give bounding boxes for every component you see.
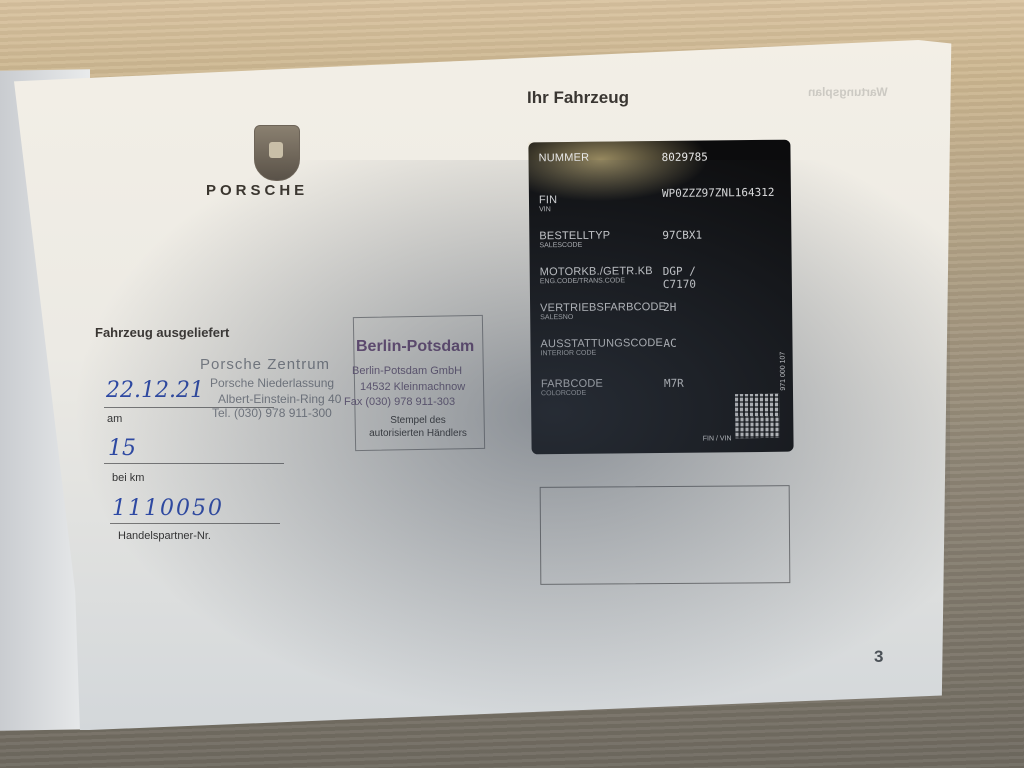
label-subkey: VIN bbox=[539, 206, 557, 213]
label-subkey: INTERIOR CODE bbox=[541, 349, 664, 357]
qr-caption: FIN / VIN bbox=[703, 435, 732, 442]
faint-dealer-line-4: Tel. (030) 978 911-300 bbox=[212, 406, 332, 420]
delivery-date-handwritten: 22.12.21 bbox=[106, 378, 204, 403]
faint-dealer-line-2: Porsche Niederlassung bbox=[210, 376, 334, 390]
stamp-label-line2: autorisierten Händlers bbox=[358, 428, 478, 439]
label-row: VERTRIEBSFARBCODESALESNO2H bbox=[540, 301, 666, 321]
label-row: NUMMER8029785 bbox=[538, 152, 589, 165]
show-through-heading: Wartungsplan bbox=[808, 85, 888, 99]
label-value: DGP / C7170 bbox=[663, 265, 696, 291]
label-subkey: SALESNO bbox=[540, 313, 666, 321]
label-row: BESTELLTYPSALESCODE97CBX1 bbox=[539, 230, 610, 250]
stamp-fax: Fax (030) 978 911-303 bbox=[344, 396, 455, 408]
stamp-city: 14532 Kleinmachnow bbox=[360, 381, 465, 393]
km-label: bei km bbox=[112, 472, 144, 484]
label-value: AC bbox=[663, 337, 676, 350]
label-row: MOTORKB./GETR.KBENG.CODE/TRANS.CODEDGP /… bbox=[540, 265, 653, 285]
partner-label: Handelspartner-Nr. bbox=[118, 530, 211, 542]
label-key: FIN bbox=[539, 194, 557, 206]
stamp-label-line1: Stempel des bbox=[358, 415, 478, 426]
page-title: Ihr Fahrzeug bbox=[527, 88, 629, 108]
label-row: AUSSTATTUNGSCODEINTERIOR CODEAC bbox=[540, 337, 663, 357]
page-number: 3 bbox=[874, 647, 883, 667]
label-subkey: ENG.CODE/TRANS.CODE bbox=[540, 277, 653, 285]
faint-dealer-line-1: Porsche Zentrum bbox=[200, 356, 330, 373]
faint-dealer-line-3: Albert-Einstein-Ring 40 bbox=[218, 392, 341, 406]
label-key: BESTELLTYP bbox=[539, 230, 610, 243]
date-line bbox=[104, 407, 274, 408]
label-key: NUMMER bbox=[538, 152, 589, 165]
label-row: FINVINWP0ZZZ97ZNL164312 bbox=[539, 194, 558, 213]
label-value: 2H bbox=[663, 301, 676, 314]
label-value: M7R bbox=[664, 377, 684, 390]
label-value: 97CBX1 bbox=[662, 229, 702, 242]
delivery-heading: Fahrzeug ausgeliefert bbox=[95, 325, 229, 340]
label-value: WP0ZZZ97ZNL164312 bbox=[662, 186, 775, 200]
porsche-crest-icon bbox=[254, 125, 300, 181]
vehicle-data-label: NUMMER8029785FINVINWP0ZZZ97ZNL164312BEST… bbox=[528, 140, 793, 455]
date-label: am bbox=[107, 413, 122, 425]
km-handwritten: 15 bbox=[108, 436, 136, 461]
brand-wordmark: PORSCHE bbox=[206, 182, 308, 199]
partner-number-handwritten: 1110050 bbox=[112, 496, 224, 521]
stamp-company: Berlin-Potsdam GmbH bbox=[352, 365, 462, 377]
label-key: FARBCODE bbox=[541, 378, 603, 391]
km-line bbox=[104, 463, 284, 464]
label-row: FARBCODECOLORCODEM7R bbox=[541, 378, 603, 398]
label-subkey: SALESCODE bbox=[539, 242, 610, 250]
label-value: 8029785 bbox=[661, 151, 707, 164]
label-part-number: 971 000 107 bbox=[780, 352, 787, 391]
stamp-title: Berlin-Potsdam bbox=[356, 338, 474, 356]
partner-line bbox=[110, 523, 280, 524]
label-subkey: COLORCODE bbox=[541, 390, 603, 398]
datamatrix-code-icon bbox=[735, 394, 779, 438]
empty-sticker-box bbox=[540, 485, 791, 585]
